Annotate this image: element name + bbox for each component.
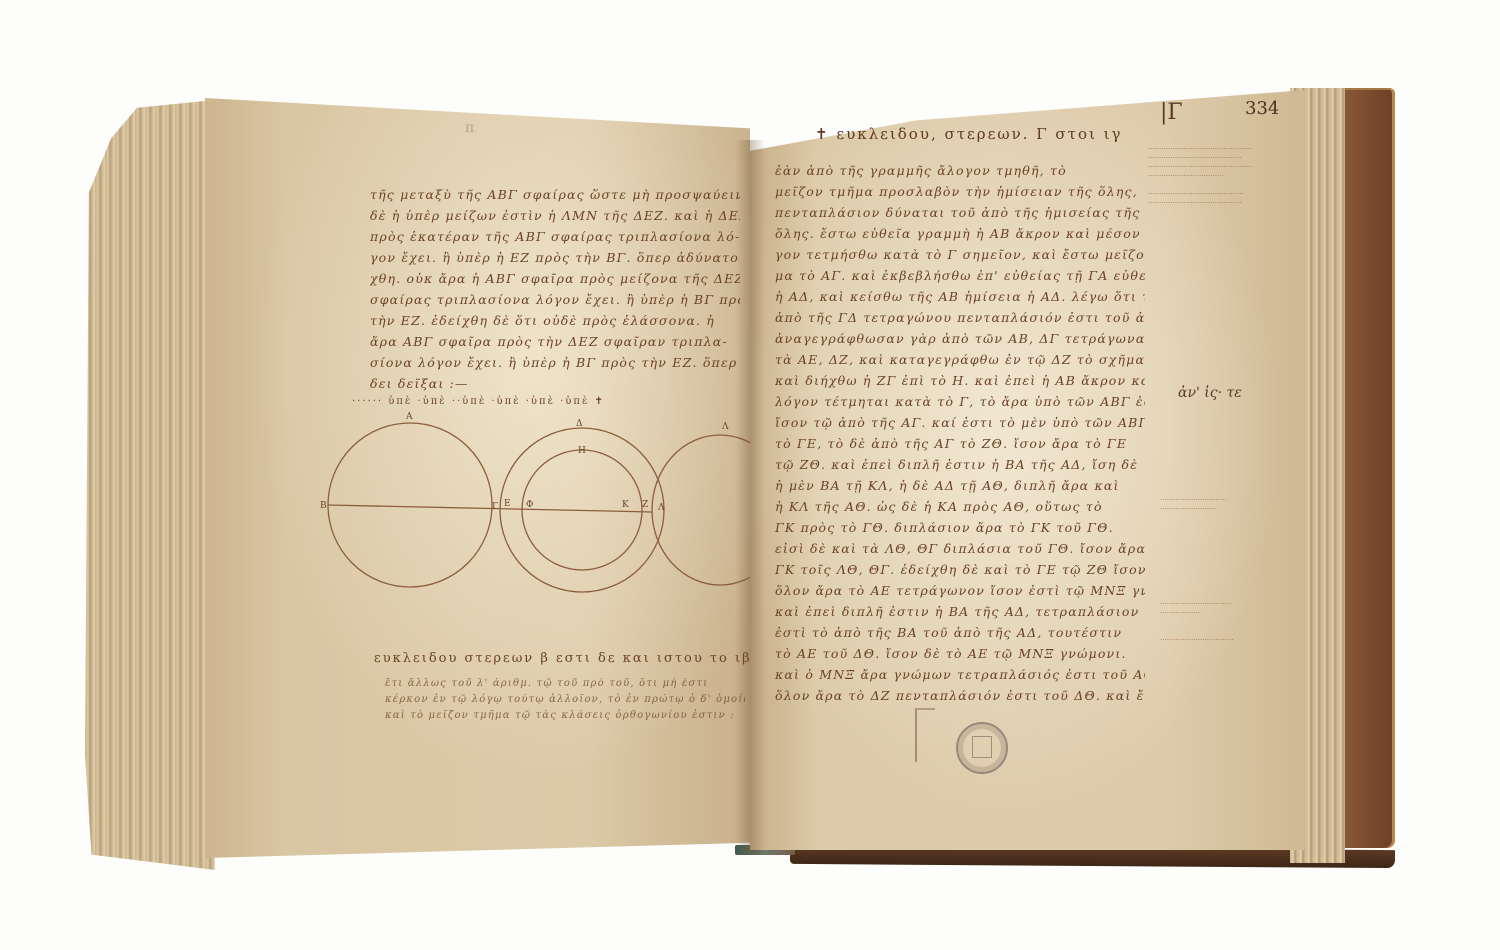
gutter-shadow xyxy=(735,140,765,855)
text-line: ἡ ΑΔ, καὶ κείσθω τῆς ΑΒ ἡμίσεια ἡ ΑΔ. λέ… xyxy=(775,286,1145,307)
text-line: σίονα λόγον ἔχει. ἢ ὑπὲρ ἡ ΒΓ πρὸς τὴν Ε… xyxy=(370,352,740,373)
text-line: ὅλης. ἔστω εὐθεῖα γραμμὴ ἡ ΑΒ ἄκρον καὶ … xyxy=(775,223,1145,244)
label-l-left: Λ xyxy=(657,503,665,513)
marginal-annotation: ἀν' ἰς· τε xyxy=(1178,385,1242,401)
geometric-diagram: Α Β Γ Δ Η Ε Φ Κ Ζ Λ Λ xyxy=(320,395,750,625)
text-line: καὶ διήχθω ἡ ΖΓ ἐπὶ τὸ Η. καὶ ἐπεὶ ἡ ΑΒ … xyxy=(775,370,1145,391)
running-header: ✝ ευκλειδου, στερεων. Γ στοι ιγ xyxy=(815,125,1123,143)
text-line: ἀναγεγράφθωσαν γὰρ ἀπὸ τῶν ΑΒ, ΔΓ τετράγ… xyxy=(775,328,1145,349)
text-line: πενταπλάσιον δύναται τοῦ ἀπὸ τῆς ἡμισεία… xyxy=(775,202,1145,223)
text-line: σφαίρας τριπλασίονα λόγον ἔχει. ἢ ὑπὲρ ἡ… xyxy=(370,289,740,310)
text-line: καὶ ἐπεὶ διπλῆ ἐστιν ἡ ΒΑ τῆς ΑΔ, τετραπ… xyxy=(775,601,1145,622)
quire-mark: |Γ xyxy=(1160,100,1183,125)
text-line: γον ἔχει. ἢ ὑπὲρ ἡ ΕΖ πρὸς τὴν ΒΓ. ὅπερ … xyxy=(370,247,740,268)
text-line: χθη. οὐκ ἄρα ἡ ΑΒΓ σφαῖρα πρὸς μείζονα τ… xyxy=(370,268,740,289)
text-line: γον τετμήσθω κατὰ τὸ Γ σημεῖον, καὶ ἔστω… xyxy=(775,244,1145,265)
label-k: Κ xyxy=(622,500,629,510)
diameter-line xyxy=(328,505,652,512)
note-line: κέρκον ἐν τῷ λόγῳ τούτῳ ἀλλοῖον, τὸ ἐν π… xyxy=(385,692,745,708)
left-page-text: τῆς μεταξὺ τῆς ΑΒΓ σφαίρας ὥστε μὴ προσψ… xyxy=(370,184,740,394)
text-line: μα τὸ ΑΓ. καὶ ἐκβεβλήσθω ἐπ' εὐθείας τῇ … xyxy=(775,265,1145,286)
label-g: Γ xyxy=(492,502,498,512)
text-line: πρὸς ἑκατέραν τῆς ΑΒΓ σφαίρας τριπλασίον… xyxy=(370,226,740,247)
marginal-scholia-top: ········································… xyxy=(1148,145,1253,208)
text-line: καὶ ὁ ΜΝΞ ἄρα γνώμων τετραπλάσιός ἐστι τ… xyxy=(775,664,1145,685)
text-line: ὅλον ἄρα τὸ ΔΖ πενταπλάσιόν ἐστι τοῦ ΔΘ.… xyxy=(775,685,1145,706)
text-line: ἐστὶ τὸ ἀπὸ τῆς ΒΑ τοῦ ἀπὸ τῆς ΑΔ, τουτέ… xyxy=(775,622,1145,643)
label-z: Ζ xyxy=(642,500,648,510)
note-line: καὶ τὸ μεῖζον τμῆμα τῷ τὰς κλάσεις ὀρθογ… xyxy=(385,708,745,724)
text-line: τῆς μεταξὺ τῆς ΑΒΓ σφαίρας ὥστε μὴ προσψ… xyxy=(370,184,740,205)
label-b: Β xyxy=(320,501,327,511)
text-line: τὰ ΑΕ, ΔΖ, καὶ καταγεγράφθω ἐν τῷ ΔΖ τὸ … xyxy=(775,349,1145,370)
marginal-note: ἔτι ἄλλως τοῦ λ' ἀριθμ. τῷ τοῦ πρὸ τοῦ, … xyxy=(385,676,745,724)
right-page-text: ἐὰν ἀπὸ τῆς γραμμῆς ἄλογον τμηθῆ, τὸ μεῖ… xyxy=(775,160,1145,706)
text-line: ἡ μὲν ΒΑ τῇ ΚΛ, ἡ δὲ ΑΔ τῇ ΑΘ, διπλῆ ἄρα… xyxy=(775,475,1145,496)
text-line: ΓΚ πρὸς τὸ ΓΘ. διπλάσιον ἄρα τὸ ΓΚ τοῦ Γ… xyxy=(775,517,1145,538)
text-line: μεῖζον τμῆμα προσλαβὸν τὴν ἡμίσειαν τῆς … xyxy=(775,181,1145,202)
label-h: Η xyxy=(578,446,586,456)
text-line: ἴσον τῷ ἀπὸ τῆς ΑΓ. καί ἐστι τὸ μὲν ὑπὸ … xyxy=(775,412,1145,433)
text-line: ἐὰν ἀπὸ τῆς γραμμῆς ἄλογον τμηθῆ, τὸ xyxy=(775,160,1145,181)
text-line: τὸ ΑΕ τοῦ ΔΘ. ἴσον δὲ τὸ ΑΕ τῷ ΜΝΞ γνώμο… xyxy=(775,643,1145,664)
text-line: ἡ ΚΛ τῆς ΑΘ. ὡς δὲ ἡ ΚΑ πρὸς ΑΘ, οὕτως τ… xyxy=(775,496,1145,517)
text-line: ἄρα ΑΒΓ σφαῖρα πρὸς τὴν ΔΕΖ σφαῖραν τριπ… xyxy=(370,331,740,352)
text-line: ΓΚ τοῖς ΛΘ, ΘΓ. ἐδείχθη δὲ καὶ τὸ ΓΕ τῷ … xyxy=(775,559,1145,580)
text-line: εἰσὶ δὲ καὶ τὰ ΛΘ, ΘΓ διπλάσια τοῦ ΓΘ. ἴ… xyxy=(775,538,1145,559)
text-line: λόγον τέτμηται κατὰ τὸ Γ, τὸ ἄρα ὑπὸ τῶν… xyxy=(775,391,1145,412)
open-manuscript: π τῆς μεταξὺ τῆς ΑΒΓ σφαίρας ὥστε μὴ προ… xyxy=(0,0,1500,950)
marginal-scholia-middle: ········································… xyxy=(1160,496,1227,514)
label-phi: Φ xyxy=(526,500,533,510)
text-line: δει δεῖξαι :— xyxy=(370,373,740,394)
text-line: ἀπὸ τῆς ΓΔ τετραγώνου πενταπλάσιόν ἐστι … xyxy=(775,307,1145,328)
note-line: ἔτι ἄλλως τοῦ λ' ἀριθμ. τῷ τοῦ πρὸ τοῦ, … xyxy=(385,676,745,692)
folio-number: 334 xyxy=(1245,98,1279,119)
text-line: τὴν ΕΖ. ἐδείχθη δὲ ὅτι οὐδὲ πρὸς ἐλάσσον… xyxy=(370,310,740,331)
library-stamp xyxy=(956,722,1008,774)
colophon: ευκλειδου στερεων β εστι δε και ιστου το… xyxy=(374,651,752,666)
marginal-scholia-lower: ········································… xyxy=(1160,600,1233,645)
label-a: Α xyxy=(405,412,413,422)
text-line: δὲ ἡ ὑπὲρ μείζων ἐστὶν ἡ ΛΜΝ τῆς ΔΕΖ. κα… xyxy=(370,205,740,226)
label-d: Δ xyxy=(576,419,583,429)
pencil-foliation: π xyxy=(465,120,474,136)
label-l-top: Λ xyxy=(721,422,729,432)
left-page-edges xyxy=(85,100,215,870)
text-line: ὅλον ἄρα τὸ ΑΕ τετράγωνον ἴσον ἐστὶ τῷ Μ… xyxy=(775,580,1145,601)
pencil-bracket-mark xyxy=(915,708,935,762)
text-line: τὸ ΓΕ, τὸ δὲ ἀπὸ τῆς ΑΓ τὸ ΖΘ. ἴσον ἄρα … xyxy=(775,433,1145,454)
text-line: τῷ ΖΘ. καὶ ἐπεὶ διπλῆ ἐστιν ἡ ΒΑ τῆς ΑΔ,… xyxy=(775,454,1145,475)
label-e: Ε xyxy=(504,499,511,509)
